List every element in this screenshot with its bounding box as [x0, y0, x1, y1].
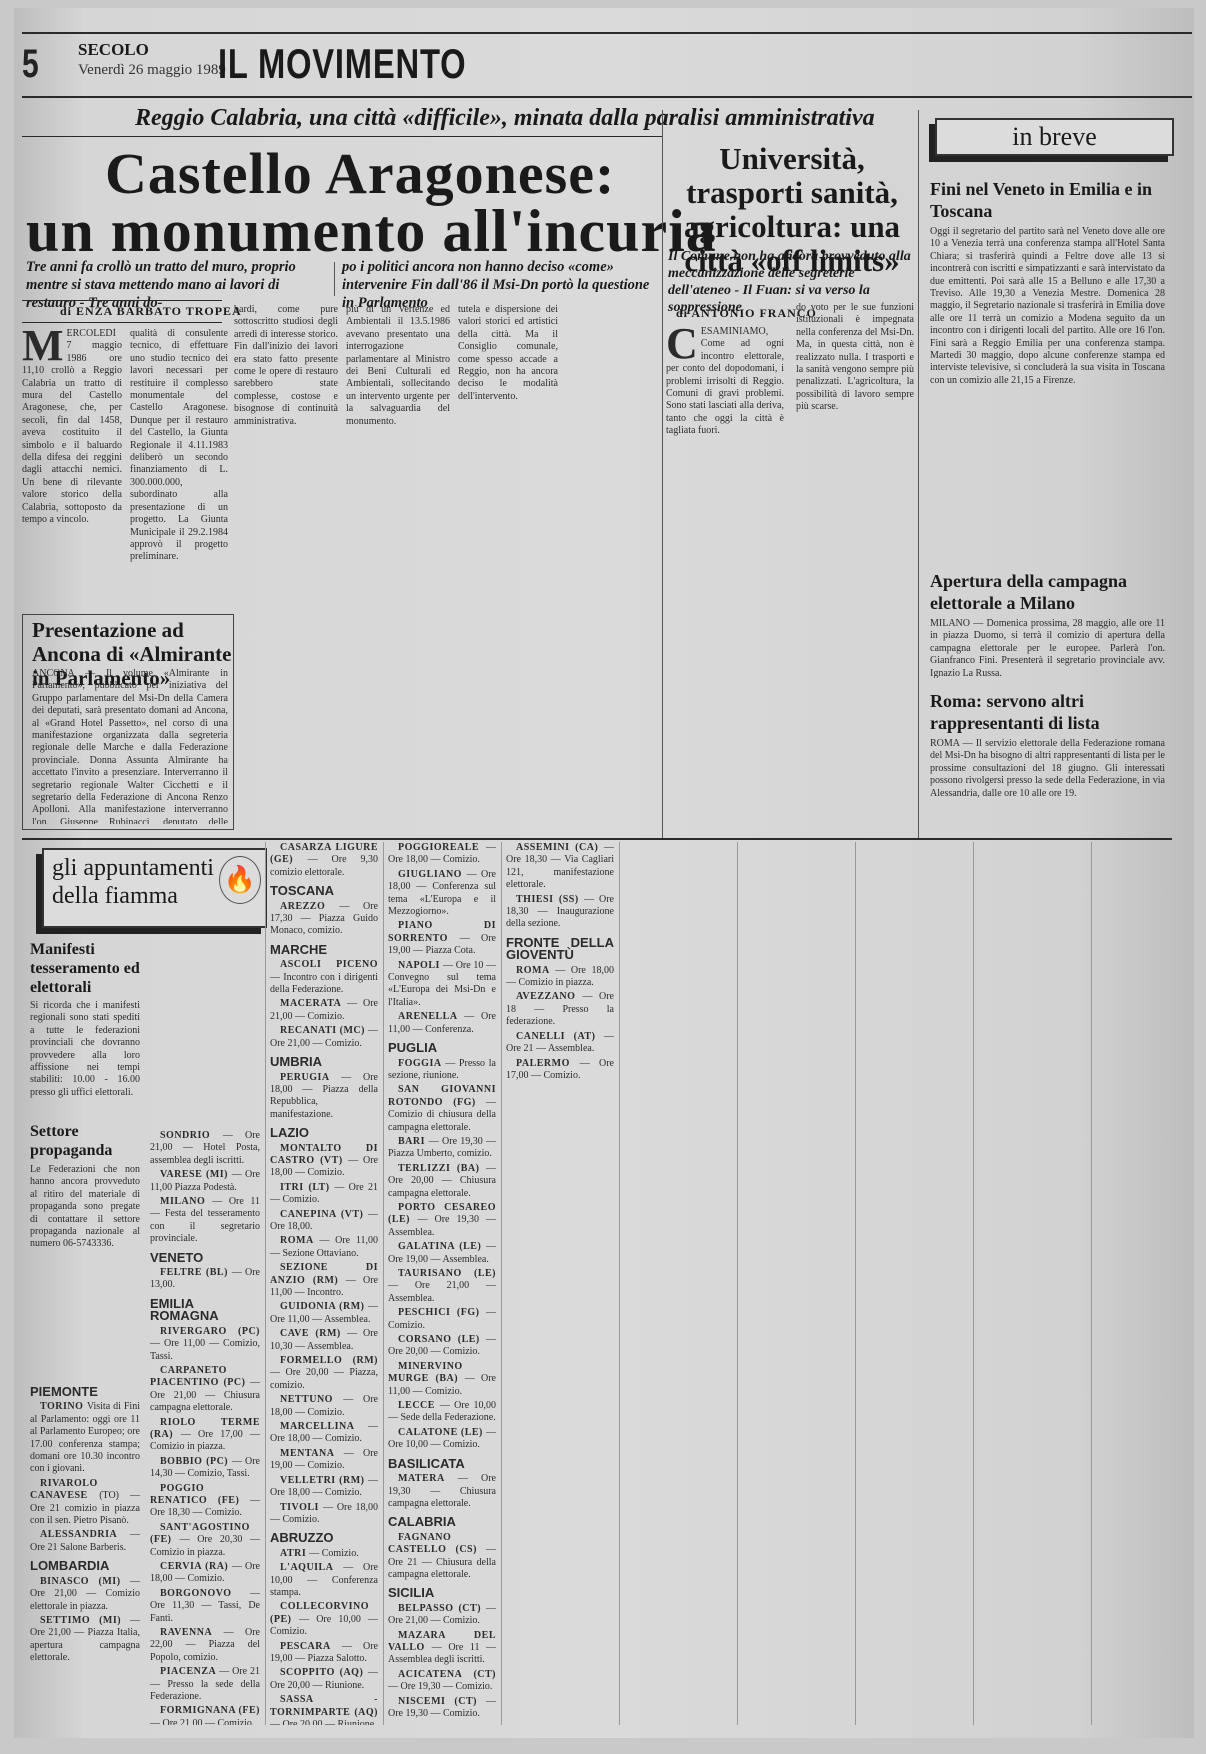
column-rule: [737, 842, 738, 1725]
listing-entry: ROMA — Ore 18,00 — Comizio in piazza.: [506, 965, 614, 990]
listing-entry: PORTO CESAREO (LE) — Ore 19,30 — Assembl…: [388, 1202, 496, 1239]
breve-headline-2: Apertura della campagna elettorale a Mil…: [930, 570, 1170, 614]
listing-entry: MARCELLINA — Ore 18,00 — Comizio.: [270, 1421, 378, 1446]
kicker-rule: [22, 136, 662, 137]
listing-entry: FOGGIA — Presso la sezione, riunione.: [388, 1058, 496, 1083]
listing-entry: ALESSANDRIA — Ore 21 Salone Barberis.: [30, 1529, 140, 1554]
side-column-1: CESAMINIAMO, Come ad ogni incontro elett…: [666, 326, 784, 836]
listing-entry: GALATINA (LE) — Ore 19,00 — Assemblea.: [388, 1241, 496, 1266]
listing-entry: FAGNANO CASTELLO (CS) — Ore 21 — Chiusur…: [388, 1532, 496, 1582]
region-heading: ABRUZZO: [270, 1532, 378, 1544]
listing-entry: ACICATENA (CT) — Ore 19,30 — Comizio.: [388, 1669, 496, 1694]
listing-entry: CAVE (RM) — Ore 10,30 — Assemblea.: [270, 1328, 378, 1353]
breve-headline-1: Fini nel Veneto in Emilia e in Toscana: [930, 178, 1170, 222]
region-heading: UMBRIA: [270, 1056, 378, 1068]
listing-entry: BARI — Ore 19,30 — Piazza Umberto, comiz…: [388, 1136, 496, 1161]
listing-entry: PERUGIA — Ore 18,00 — Piazza della Repub…: [270, 1072, 378, 1122]
column-rule: [501, 842, 502, 1725]
masthead-rule: [22, 96, 1192, 98]
listing-column: PIEMONTETORINO Visita di Fini al Parlame…: [30, 1380, 140, 1725]
breve-headline-3: Roma: servono altri rappresentanti di li…: [930, 690, 1170, 734]
lead-column-5: tutela e dispersione dei valori storici …: [458, 304, 558, 834]
listing-entry: GIUGLIANO — Ore 18,00 — Conferenza sul t…: [388, 869, 496, 919]
listing-entry: VARESE (MI) — Ore 11,00 Piazza Podestà.: [150, 1169, 260, 1194]
region-heading: FRONTE DELLA GIOVENTÙ: [506, 937, 614, 962]
propaganda-headline: Settore propaganda: [30, 1122, 140, 1160]
listing-entry: CALATONE (LE) — Ore 10,00 — Comizio.: [388, 1427, 496, 1452]
region-heading: PUGLIA: [388, 1042, 496, 1054]
listing-entry: FORMELLO (RM) — Ore 20,00 — Piazza, comi…: [270, 1355, 378, 1392]
listing-entry: TERLIZZI (BA) — Ore 20,00 — Chiusura cam…: [388, 1163, 496, 1200]
listing-entry: RAVENNA — Ore 22,00 — Piazza del Popolo,…: [150, 1627, 260, 1664]
region-heading: MARCHE: [270, 944, 378, 956]
listing-entry: SAN GIOVANNI ROTONDO (FG) — Comizio di c…: [388, 1084, 496, 1134]
listing-entry: ASCOLI PICENO — Incontro con i dirigenti…: [270, 959, 378, 996]
listing-entry: BELPASSO (CT) — Ore 21,00 — Comizio.: [388, 1603, 496, 1628]
listing-entry: MENTANA — Ore 19,00 — Comizio.: [270, 1448, 378, 1473]
lead-column-3: bardi, come pure sottoscritto studiosi d…: [234, 304, 338, 594]
listing-entry: SETTIMO (MI) — Ore 21,00 — Piazza Italia…: [30, 1615, 140, 1665]
breve-divider: [918, 110, 919, 840]
listing-entry: ARENELLA — Ore 11,00 — Conferenza.: [388, 1011, 496, 1036]
appuntamenti-header: gli appuntamenti della fiamma 🔥: [42, 848, 267, 928]
lead-column-2: qualità di consulente tecnico, di effett…: [130, 328, 228, 613]
lead-headline-line2: un monumento all'incuria: [26, 197, 717, 266]
listing-entry: FORMIGNANA (FE) — Ore 21,00 — Comizio.: [150, 1705, 260, 1725]
listing-entry: SCOPPITO (AQ) — Ore 20,00 — Riunione.: [270, 1667, 378, 1692]
column-rule: [265, 842, 266, 1725]
manifesti-headline: Manifesti tesseramento ed elettorali: [30, 940, 140, 997]
listing-entry: ATRI — Comizio.: [270, 1548, 378, 1560]
issue-date: Venerdì 26 maggio 1989: [78, 62, 226, 79]
listing-entry: CERVIA (RA) — Ore 18,00 — Comizio.: [150, 1561, 260, 1586]
column-rule: [973, 842, 974, 1725]
listing-entry: BORGONOVO — Ore 11,30 — Tassi, De Fanti.: [150, 1588, 260, 1625]
listing-entry: SANT'AGOSTINO (FE) — Ore 20,30 — Comizio…: [150, 1522, 260, 1559]
listing-column: CASARZA LIGURE (GE) — Ore 9,30 comizio e…: [270, 842, 378, 1725]
listing-entry: MATERA — Ore 19,30 — Chiusura campagna e…: [388, 1473, 496, 1510]
listing-entry: RIVAROLO CANAVESE (TO) — Ore 21 comizio …: [30, 1478, 140, 1528]
listing-column: ASSEMINI (CA) — Ore 18,30 — Via Cagliari…: [506, 842, 614, 1725]
region-heading: SICILIA: [388, 1587, 496, 1599]
region-heading: TOSCANA: [270, 885, 378, 897]
listing-entry: SONDRIO — Ore 21,00 — Hotel Posta, assem…: [150, 1130, 260, 1167]
listing-entry: GUIDONIA (RM) — Ore 11,00 — Assemblea.: [270, 1301, 378, 1326]
in-breve-header: in breve: [935, 118, 1174, 156]
lead-column-1: MERCOLEDÌ 7 maggio 1986 ore 11,10 crollò…: [22, 328, 122, 613]
page-number: 5: [22, 42, 39, 87]
listing-entry: PALERMO — Ore 17,00 — Comizio.: [506, 1058, 614, 1083]
listing-entry: MILANO — Ore 11 — Festa del tesseramento…: [150, 1196, 260, 1246]
listing-entry: PESCHICI (FG) — Comizio.: [388, 1307, 496, 1332]
listing-entry: MAZARA DEL VALLO — Ore 11 — Assemblea de…: [388, 1630, 496, 1667]
subhead-divider: [334, 262, 335, 296]
listing-entry: POGGIOREALE — Ore 18,00 — Comizio.: [388, 842, 496, 867]
listing-entry: PIACENZA — Ore 21 — Presso la sede della…: [150, 1666, 260, 1703]
listing-entry: ITRI (LT) — Ore 21 — Comizio.: [270, 1182, 378, 1207]
listing-entry: RIOLO TERME (RA) — Ore 17,00 — Comizio i…: [150, 1417, 260, 1454]
listing-entry: TAURISANO (LE) — Ore 21,00 — Assemblea.: [388, 1268, 496, 1305]
listing-entry: MONTALTO DI CASTRO (VT) — Ore 18,00 — Co…: [270, 1143, 378, 1180]
lower-section-rule: [22, 838, 1172, 840]
listing-entry: CORSANO (LE) — Ore 20,00 — Comizio.: [388, 1334, 496, 1359]
lead-kicker: Reggio Calabria, una città «difficile», …: [135, 105, 875, 132]
side-article-divider: [662, 110, 663, 840]
breve-body-1: Oggi il segretario del partito sarà nel …: [930, 226, 1165, 556]
listing-column: SONDRIO — Ore 21,00 — Hotel Posta, assem…: [150, 1130, 260, 1725]
flame-icon: 🔥: [219, 856, 261, 904]
listing-entry: ASSEMINI (CA) — Ore 18,30 — Via Cagliari…: [506, 842, 614, 892]
region-heading: EMILIA ROMAGNA: [150, 1298, 260, 1323]
listing-entry: VELLETRI (RM) — Ore 18,00 — Comizio.: [270, 1475, 378, 1500]
listing-entry: THIESI (SS) — Ore 18,30 — Inaugurazione …: [506, 894, 614, 931]
lead-byline: di ENZA BARBATO TROPEA: [60, 304, 242, 319]
top-rule: [22, 32, 1192, 34]
listing-entry: BINASCO (MI) — Ore 21,00 — Comizio elett…: [30, 1576, 140, 1613]
column-rule: [619, 842, 620, 1725]
listing-entry: RIVERGARO (PC) — Ore 11,00 — Comizio, Ta…: [150, 1326, 260, 1363]
listing-entry: POGGIO RENATICO (FE) — Ore 18,30 — Comiz…: [150, 1483, 260, 1520]
listing-entry: SEZIONE DI ANZIO (RM) — Ore 11,00 — Inco…: [270, 1262, 378, 1299]
region-heading: LOMBARDIA: [30, 1560, 140, 1572]
column-rule: [855, 842, 856, 1725]
listing-entry: MACERATA — Ore 21,00 — Comizio.: [270, 998, 378, 1023]
lead-column-4: più di un Vertenze ed Ambientali il 13.5…: [346, 304, 450, 834]
listing-entry: SASSA - TORNIMPARTE (AQ) — Ore 20,00 — R…: [270, 1694, 378, 1725]
listing-entry: FELTRE (BL) — Ore 13,00.: [150, 1267, 260, 1292]
listing-entry: TORINO Visita di Fini al Parlamento: ogg…: [30, 1401, 140, 1475]
listing-entry: RECANATI (MC) — Ore 21,00 — Comizio.: [270, 1025, 378, 1050]
listing-entry: NISCEMI (CT) — Ore 19,30 — Comizio.: [388, 1696, 496, 1721]
listing-entry: NETTUNO — Ore 18,00 — Comizio.: [270, 1394, 378, 1419]
section-title: IL MOVIMENTO: [218, 40, 466, 88]
listing-entry: CANELLI (AT) — Ore 21 — Assemblea.: [506, 1031, 614, 1056]
listing-entry: NAPOLI — Ore 10 — Convegno sul tema «L'E…: [388, 960, 496, 1010]
region-heading: PIEMONTE: [30, 1386, 140, 1398]
listing-entry: L'AQUILA — Ore 10,00 — Conferenza stampa…: [270, 1562, 378, 1599]
column-rule: [1091, 842, 1092, 1725]
breve-body-2: MILANO — Domenica prossima, 28 maggio, a…: [930, 618, 1165, 678]
region-heading: BASILICATA: [388, 1458, 496, 1470]
breve-body-3: ROMA — Il servizio elettorale della Fede…: [930, 738, 1165, 828]
column-rule: [383, 842, 384, 1725]
listing-entry: ROMA — Ore 11,00 — Sezione Ottaviano.: [270, 1235, 378, 1260]
ancona-body: ANCONA — Il volume «Almirante in Parlame…: [32, 668, 228, 824]
listing-entry: TIVOLI — Ore 18,00 — Comizio.: [270, 1502, 378, 1527]
region-heading: CALABRIA: [388, 1516, 496, 1528]
propaganda-body: Le Federazioni che non hanno ancora prov…: [30, 1164, 140, 1374]
listing-entry: AVEZZANO — Ore 18 — Presso la federazion…: [506, 991, 614, 1028]
listing-entry: CANEPINA (VT) — Ore 18,00.: [270, 1209, 378, 1234]
byline-rule-top: [22, 300, 222, 301]
listing-entry: LECCE — Ore 10,00 — Sede della Federazio…: [388, 1400, 496, 1425]
listing-entry: COLLECORVINO (PE) — Ore 10,00 — Comizio.: [270, 1601, 378, 1638]
region-heading: VENETO: [150, 1252, 260, 1264]
drop-cap: M: [22, 328, 64, 364]
listing-entry: PESCARA — Ore 19,00 — Piazza Salotto.: [270, 1641, 378, 1666]
manifesti-body: Si ricorda che i manifesti regionali son…: [30, 1000, 140, 1120]
listing-entry: CARPANETO PIACENTINO (PC) — Ore 21,00 — …: [150, 1365, 260, 1415]
side-column-2: do voto per le sue funzioni istituzional…: [796, 302, 914, 836]
paper-name: SECOLO: [78, 40, 149, 60]
listing-entry: MINERVINO MURGE (BA) — Ore 11,00 — Comiz…: [388, 1361, 496, 1398]
byline-rule-bottom: [22, 322, 222, 323]
listing-column: POGGIOREALE — Ore 18,00 — Comizio.GIUGLI…: [388, 842, 496, 1725]
listing-entry: BOBBIO (PC) — Ore 14,30 — Comizio, Tassi…: [150, 1456, 260, 1481]
listing-entry: PIANO DI SORRENTO — Ore 19,00 — Piazza C…: [388, 920, 496, 957]
listing-entry: CASARZA LIGURE (GE) — Ore 9,30 comizio e…: [270, 842, 378, 879]
region-heading: LAZIO: [270, 1127, 378, 1139]
side-drop-cap: C: [666, 326, 698, 362]
listing-entry: AREZZO — Ore 17,30 — Piazza Guido Monaco…: [270, 901, 378, 938]
